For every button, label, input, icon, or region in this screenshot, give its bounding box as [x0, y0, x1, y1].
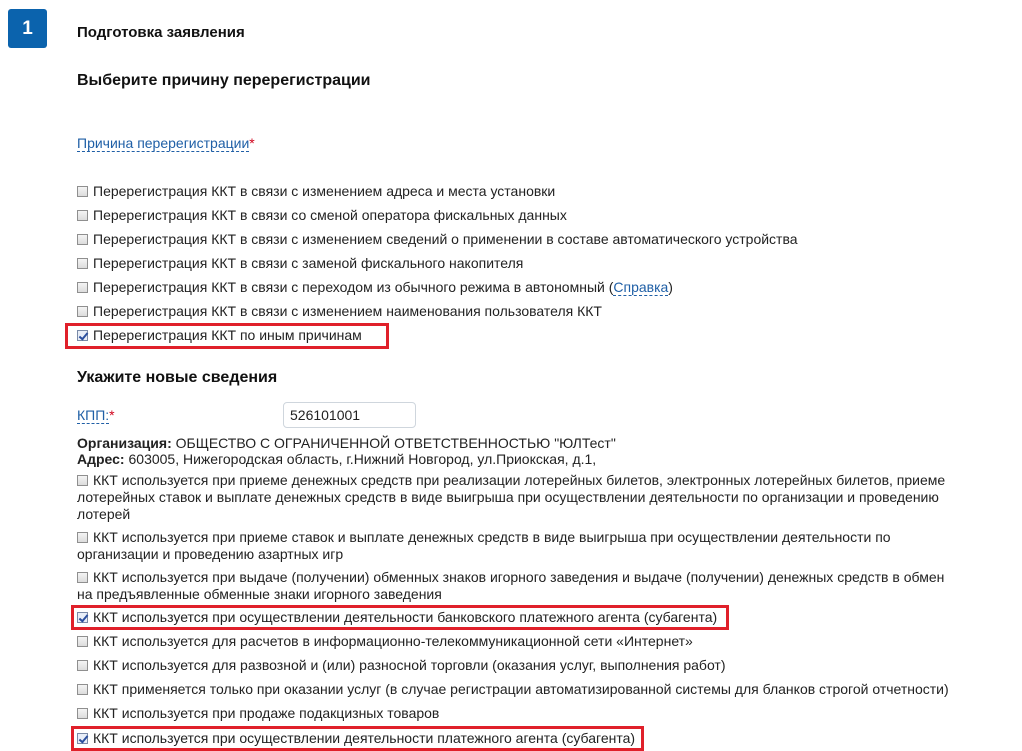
- reason-option[interactable]: Перерегистрация ККТ в связи с изменением…: [77, 183, 555, 200]
- usage-option[interactable]: ККТ применяется только при оказании услу…: [77, 681, 949, 698]
- option-label: Перерегистрация ККТ в связи с изменением…: [93, 303, 602, 320]
- usage-option[interactable]: ККТ используется при приеме ставок и вып…: [77, 529, 962, 563]
- kpp-label: КПП:*: [77, 407, 115, 423]
- reason-option[interactable]: Перерегистрация ККТ в связи с переходом …: [77, 279, 673, 296]
- option-label: Перерегистрация ККТ в связи с заменой фи…: [93, 255, 523, 272]
- usage-option[interactable]: ККТ используется при продаже подакцизных…: [77, 705, 439, 722]
- reason-option[interactable]: Перерегистрация ККТ в связи с изменением…: [77, 303, 602, 320]
- option-label: Перерегистрация ККТ в связи с изменением…: [93, 231, 798, 248]
- checkbox[interactable]: [77, 210, 88, 221]
- checkbox[interactable]: [77, 636, 88, 647]
- option-label: ККТ используется для развозной и (или) р…: [93, 657, 726, 674]
- reason-heading: Выберите причину перерегистрации: [77, 72, 371, 90]
- option-label: Перерегистрация ККТ в связи с изменением…: [93, 183, 555, 200]
- option-label: Перерегистрация ККТ в связи со сменой оп…: [93, 207, 567, 224]
- option-label: ККТ используется при выдаче (получении) …: [77, 569, 944, 602]
- checkbox[interactable]: [77, 186, 88, 197]
- checkbox[interactable]: [77, 258, 88, 269]
- checkbox[interactable]: [77, 475, 88, 486]
- checkbox[interactable]: [77, 532, 88, 543]
- step-title: Подготовка заявления: [77, 24, 245, 41]
- usage-option[interactable]: ККТ используется при приеме денежных сре…: [77, 472, 962, 523]
- reason-option[interactable]: Перерегистрация ККТ в связи со сменой оп…: [77, 207, 567, 224]
- checkbox[interactable]: [77, 684, 88, 695]
- usage-option[interactable]: ККТ используется при выдаче (получении) …: [77, 569, 962, 603]
- checkbox[interactable]: [77, 234, 88, 245]
- highlight-box: [71, 605, 729, 630]
- kpp-input[interactable]: [283, 402, 416, 428]
- option-label: ККТ используется при продаже подакцизных…: [93, 705, 439, 722]
- address-info: Адрес: 603005, Нижегородская область, г.…: [77, 451, 596, 467]
- organization-info: Организация: ОБЩЕСТВО С ОГРАНИЧЕННОЙ ОТВ…: [77, 435, 616, 451]
- option-label: ККТ используется для расчетов в информац…: [93, 633, 693, 650]
- option-label: ККТ используется при приеме ставок и вып…: [77, 529, 891, 562]
- option-label: Перерегистрация ККТ в связи с переходом …: [93, 279, 673, 296]
- checkbox[interactable]: [77, 660, 88, 671]
- kpp-help-link[interactable]: КПП:: [77, 407, 109, 424]
- reason-help-link[interactable]: Причина перерегистрации: [77, 135, 249, 152]
- checkbox[interactable]: [77, 572, 88, 583]
- reason-option[interactable]: Перерегистрация ККТ в связи с изменением…: [77, 231, 798, 248]
- new-info-heading: Укажите новые сведения: [77, 369, 277, 387]
- highlight-box: [71, 726, 644, 751]
- usage-option[interactable]: ККТ используется для расчетов в информац…: [77, 633, 693, 650]
- option-label: ККТ применяется только при оказании услу…: [93, 681, 949, 698]
- highlight-box: [65, 323, 389, 349]
- option-label: ККТ используется при приеме денежных сре…: [77, 472, 945, 522]
- help-link[interactable]: Справка: [613, 279, 668, 296]
- checkbox[interactable]: [77, 306, 88, 317]
- checkbox[interactable]: [77, 282, 88, 293]
- checkbox[interactable]: [77, 708, 88, 719]
- required-mark: *: [249, 135, 254, 151]
- usage-option[interactable]: ККТ используется для развозной и (или) р…: [77, 657, 726, 674]
- reason-option[interactable]: Перерегистрация ККТ в связи с заменой фи…: [77, 255, 523, 272]
- step-number-badge: 1: [8, 9, 47, 48]
- reason-field-label: Причина перерегистрации*: [77, 135, 255, 151]
